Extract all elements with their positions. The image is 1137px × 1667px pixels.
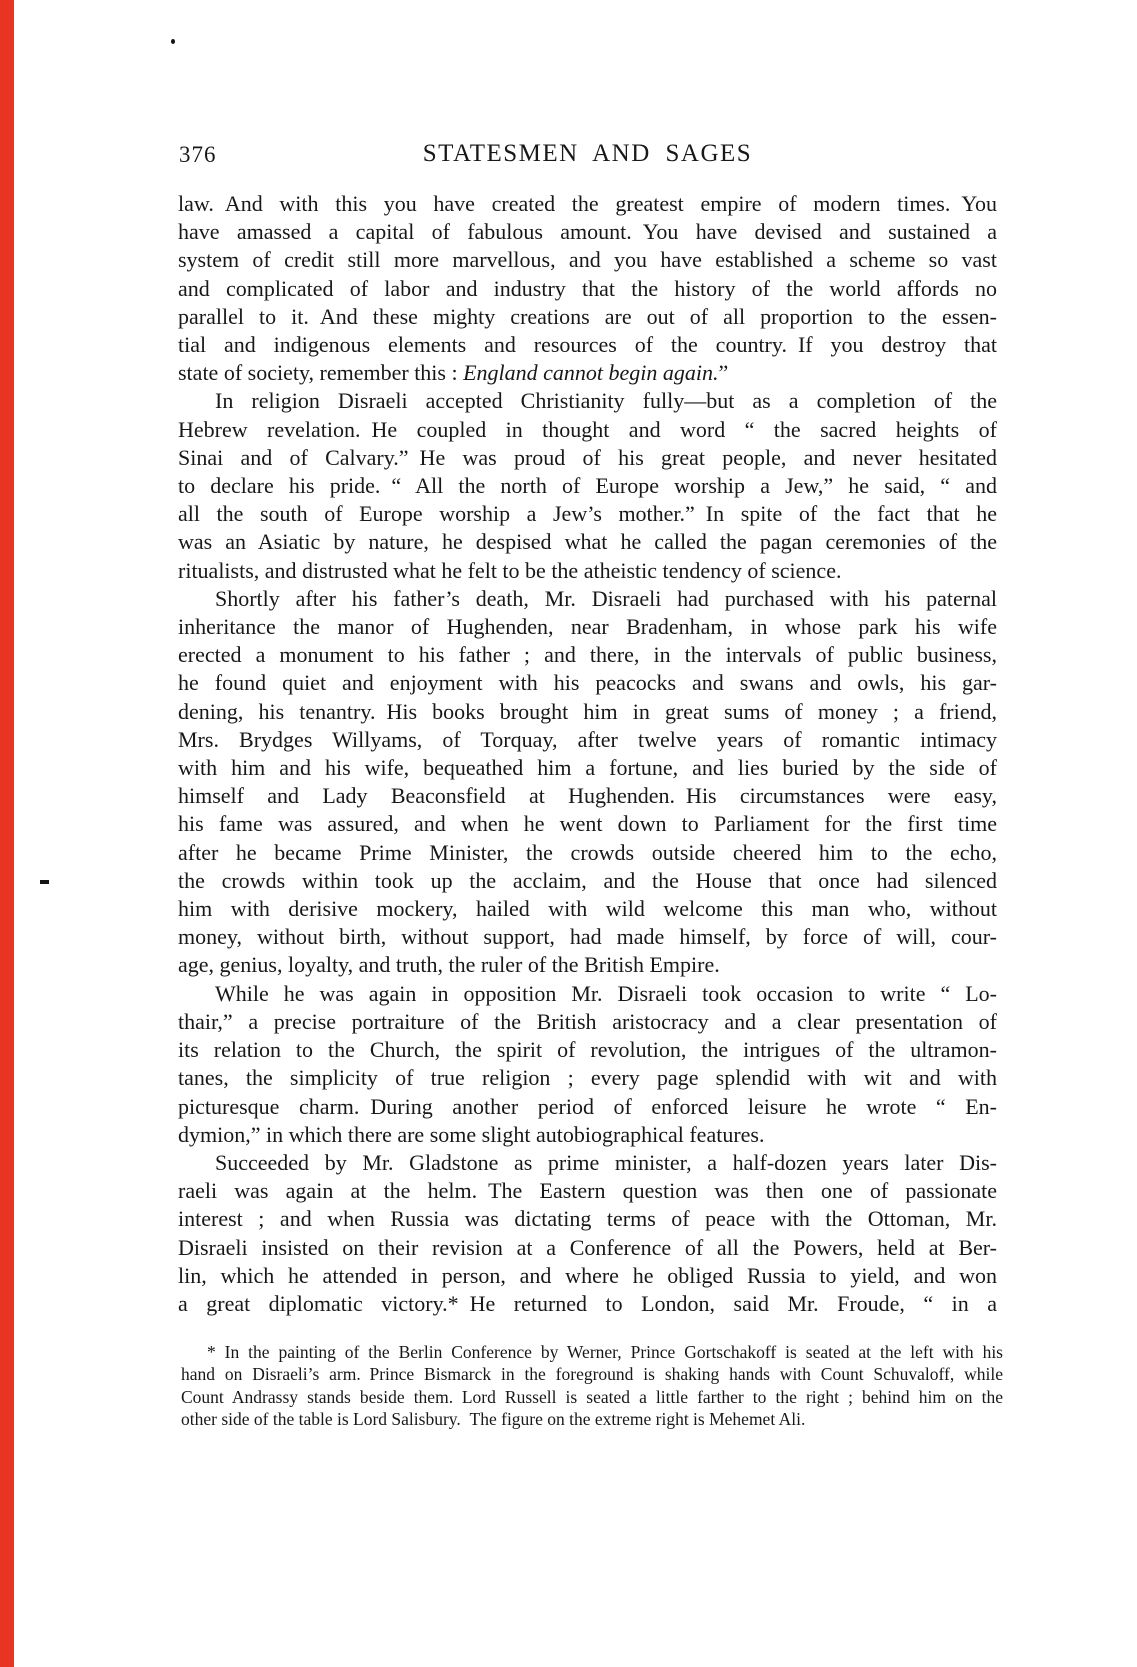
ink-speck [171,39,175,44]
footnote: * In the painting of the Berlin Conferen… [181,1341,1003,1430]
text-line: all the south of Europe worship a Jew’s … [178,500,997,528]
text-line: its relation to the Church, the spirit o… [178,1036,997,1064]
text-line: Hebrew revelation. He coupled in thought… [178,416,997,444]
footnote-line: hand on Disraeli’s arm. Prince Bismarck … [181,1363,1003,1385]
text-line: his fame was assured, and when he went d… [178,810,997,838]
text-line: tanes, the simplicity of true religion ;… [178,1064,997,1092]
text-segment: ” [719,360,729,385]
text-line: after he became Prime Minister, the crow… [178,839,997,867]
text-line: the crowds within took up the acclaim, a… [178,867,997,895]
text-line: tial and indigenous elements and resourc… [178,331,997,359]
text-line: a great diplomatic victory.* He returned… [178,1290,997,1318]
book-page-scan: 376 STATESMEN AND SAGES law. And with th… [0,0,1137,1667]
italic-phrase: England cannot begin again. [463,360,718,385]
text-line: with him and his wife, bequeathed him a … [178,754,997,782]
body-text: law. And with this you have created the … [178,190,997,1318]
text-line: and complicated of labor and industry th… [178,275,997,303]
text-line: inheritance the manor of Hughenden, near… [178,613,997,641]
text-line: Shortly after his father’s death, Mr. Di… [178,585,997,613]
text-line: picturesque charm. During another period… [178,1093,997,1121]
text-line: law. And with this you have created the … [178,190,997,218]
text-line: Succeeded by Mr. Gladstone as prime mini… [178,1149,997,1177]
text-line: state of society, remember this : Englan… [178,359,997,387]
ink-speck [40,880,49,884]
text-line: himself and Lady Beaconsfield at Hughend… [178,782,997,810]
text-segment: state of society, remember this : [178,360,463,385]
text-line: raeli was again at the helm. The Eastern… [178,1177,997,1205]
footnote-line: Count Andrassy stands beside them. Lord … [181,1386,1003,1408]
text-line: him with derisive mockery, hailed with w… [178,895,997,923]
text-line: ritualists, and distrusted what he felt … [178,557,997,585]
text-line: thair,” a precise portraiture of the Bri… [178,1008,997,1036]
text-line: money, without birth, without support, h… [178,923,997,951]
text-line: system of credit still more marvellous, … [178,246,997,274]
red-scan-edge-marker [0,0,14,1667]
text-line: Sinai and of Calvary.” He was proud of h… [178,444,997,472]
footnote-line: other side of the table is Lord Salisbur… [181,1408,1003,1430]
text-line: he found quiet and enjoyment with his pe… [178,669,997,697]
text-line: to declare his pride. “ All the north of… [178,472,997,500]
text-line: Mrs. Brydges Willyams, of Torquay, after… [178,726,997,754]
text-line: interest ; and when Russia was dictating… [178,1205,997,1233]
text-line: have amassed a capital of fabulous amoun… [178,218,997,246]
text-line: Disraeli insisted on their revision at a… [178,1234,997,1262]
running-head-title: STATESMEN AND SAGES [178,140,997,168]
text-line: In religion Disraeli accepted Christiani… [178,387,997,415]
footnote-line: * In the painting of the Berlin Conferen… [181,1341,1003,1363]
text-line: parallel to it. And these mighty creatio… [178,303,997,331]
text-line: lin, which he attended in person, and wh… [178,1262,997,1290]
text-line: While he was again in opposition Mr. Dis… [178,980,997,1008]
text-line: dening, his tenantry. His books brought … [178,698,997,726]
text-line: was an Asiatic by nature, he despised wh… [178,528,997,556]
text-line: age, genius, loyalty, and truth, the rul… [178,951,997,979]
text-line: dymion,” in which there are some slight … [178,1121,997,1149]
text-line: erected a monument to his father ; and t… [178,641,997,669]
